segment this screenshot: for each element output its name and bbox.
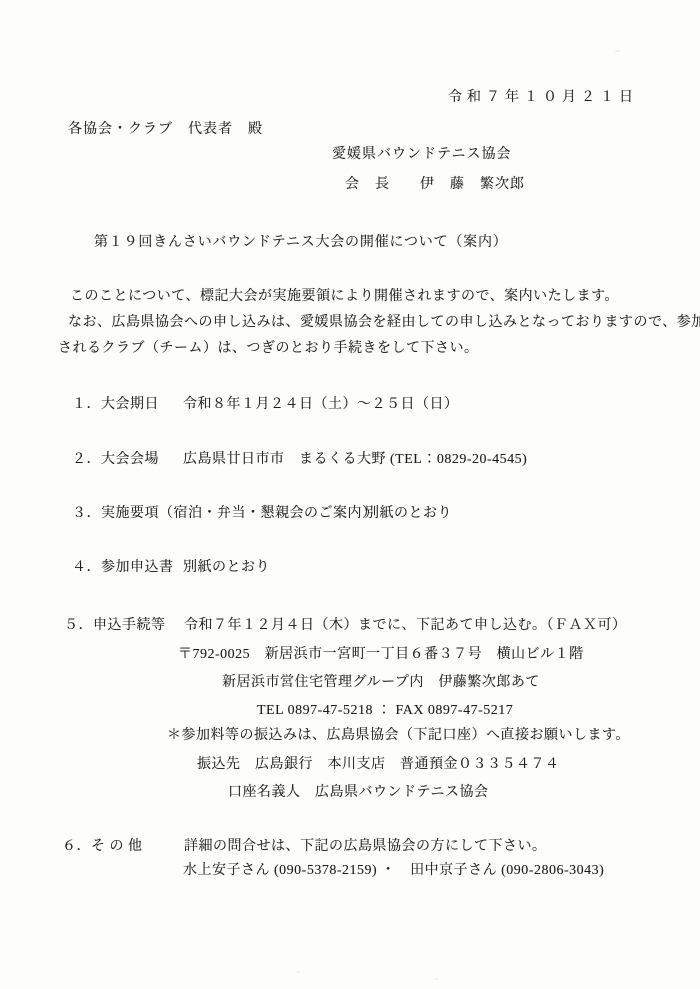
- sender-chairman: 会 長 伊 藤 繁次郎: [345, 177, 525, 194]
- item-5-value: 令和７年１２月４日（木）までに、下記あて申し込む。（ＦＡＸ可）: [184, 618, 627, 635]
- item-2-value: 広島県廿日市市 まるくる大野 (TEL：0829-20-4545): [183, 452, 527, 469]
- scanned-letter-page: 令和７年１０月２１日 各協会・クラブ 代表者 殿 愛媛県バウンドテニス協会 会 …: [0, 0, 700, 989]
- item-3-label: ３．実施要項（宿泊・弁当・懇親会のご案内）: [72, 506, 377, 523]
- scan-speck: [615, 50, 620, 52]
- sender-organization: 愛媛県バウンドテニス協会: [332, 147, 511, 164]
- tel-fax-line: TEL 0897-47-5218 ： FAX 0897-47-5217: [257, 703, 513, 720]
- item-1-value: 令和８年１月２４日（土）～２５日（日）: [183, 397, 459, 414]
- intro-line-3: されるクラブ（チーム）は、つぎのとおり手続きをして下さい。: [58, 341, 479, 358]
- office-line: 新居浜市営住宅管理グループ内 伊藤繁次郎あて: [222, 675, 540, 692]
- intro-line-2: なお、広島県協会への申し込みは、愛媛県協会を経由しての申し込みとなっておりますの…: [68, 315, 700, 332]
- document-title: 第１９回きんさいバウンドテニス大会の開催について（案内）: [94, 235, 508, 252]
- item-4-value: 別紙のとおり: [183, 560, 270, 577]
- item-4-label: ４．参加申込書: [72, 560, 174, 577]
- contact-phones: 水上安子さん (090-5378-2159) ・ 田中京子さん (090-280…: [183, 863, 604, 880]
- item-3-value: 別紙のとおり: [365, 506, 452, 523]
- scan-speck: [296, 971, 300, 973]
- postal-address-line: 〒792-0025 新居浜市一宮町一丁目６番３７号 横山ビル１階: [178, 647, 584, 664]
- account-holder-line: 口座名義人 広島県バウンドテニス協会: [228, 785, 488, 802]
- recipient-line: 各協会・クラブ 代表者 殿: [68, 122, 263, 139]
- item-2-label: ２．大会会場: [72, 452, 159, 469]
- bank-account-line: 振込先 広島銀行 本川支店 普通預金０３３５４７４: [197, 757, 560, 774]
- item-5-label: ５．申込手続等: [64, 618, 166, 635]
- payment-note: ＊参加料等の振込みは、広島県協会（下記口座）へ直接お願いします。: [167, 728, 630, 745]
- item-1-label: １．大会期日: [72, 397, 159, 414]
- document-date: 令和７年１０月２１日: [448, 90, 638, 107]
- item-6-label: ６．そ の 他: [62, 839, 143, 856]
- scan-speck: [435, 978, 438, 980]
- intro-line-1: このことについて、標記大会が実施要領により開催されますので、案内いたします。: [70, 289, 619, 306]
- item-6-value: 詳細の問合せは、下記の広島県協会の方にして下さい。: [184, 839, 547, 856]
